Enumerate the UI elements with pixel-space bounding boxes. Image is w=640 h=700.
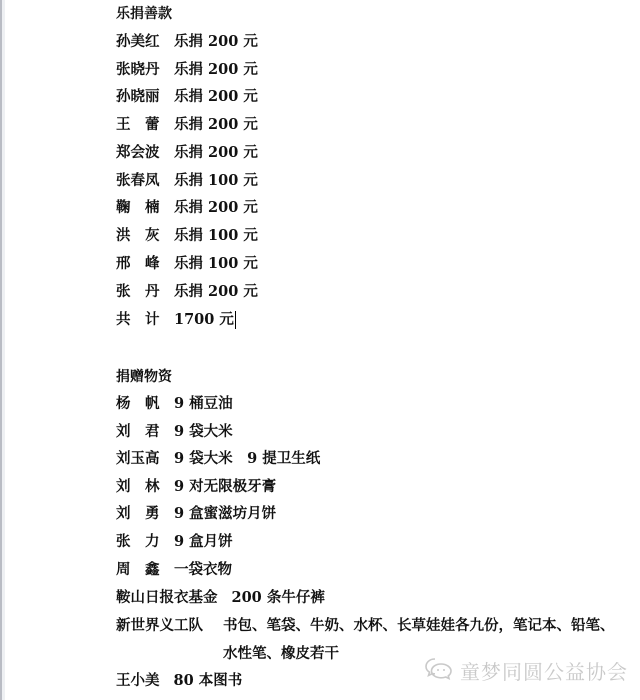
donated-items: 9 盒蜜滋坊月饼: [174, 504, 276, 524]
material-row: 刘玉高9 袋大米 9 提卫生纸: [116, 449, 320, 469]
watermark-text: 童梦同圆公益协会: [460, 656, 628, 685]
total-label: 共 计: [116, 310, 174, 330]
donation-row: 洪 灰乐捐 100 元: [116, 226, 258, 246]
material-row: 王小美80 本图书: [116, 671, 242, 691]
donor-name: 新世界义工队: [116, 616, 203, 636]
donated-items: 9 袋大米: [174, 422, 233, 442]
donor-name: 洪 灰: [116, 226, 174, 246]
donation-row: 鞠 楠乐捐 200 元: [116, 198, 258, 218]
donor-name: 张春凤: [116, 171, 174, 191]
donor-name: 鞠 楠: [116, 198, 174, 218]
material-row-continuation: 水性笔、橡皮若干: [116, 644, 339, 664]
donor-name: 邢 峰: [116, 254, 174, 274]
donation-amount: 乐捐 200 元: [174, 32, 258, 52]
donation-row: 邢 峰乐捐 100 元: [116, 254, 258, 274]
material-row: 杨 帆9 桶豆油: [116, 394, 233, 414]
materials-heading: 捐赠物资: [116, 367, 172, 387]
donation-amount: 乐捐 100 元: [174, 171, 258, 191]
donor-name: 刘 林: [116, 477, 174, 497]
donated-items: 书包、笔袋、牛奶、水杯、长草娃娃各九份，笔记本、铅笔、: [223, 616, 615, 636]
donated-items: 9 桶豆油: [174, 394, 233, 414]
donor-name: 张 丹: [116, 282, 174, 302]
donor-name: 张晓丹: [116, 60, 174, 80]
donation-amount: 乐捐 200 元: [174, 143, 258, 163]
donated-items: 9 袋大米 9 提卫生纸: [174, 449, 320, 469]
page-left-border-shadow: [2, 0, 5, 700]
wechat-icon: [424, 655, 454, 686]
donation-amount: 乐捐 100 元: [174, 226, 258, 246]
donation-row: 张春凤乐捐 100 元: [116, 171, 258, 191]
donation-amount: 乐捐 200 元: [174, 282, 258, 302]
donor-name: 郑会波: [116, 143, 174, 163]
donations-heading: 乐捐善款: [116, 4, 172, 24]
total-amount: 1700 元: [174, 310, 234, 330]
watermark: 童梦同圆公益协会: [424, 655, 628, 685]
donated-items: 200 条牛仔裤: [232, 588, 325, 608]
material-row: 刘 君9 袋大米: [116, 422, 233, 442]
material-row: 张 力9 盒月饼: [116, 532, 233, 552]
donated-items: 9 盒月饼: [174, 532, 233, 552]
donor-name: 刘玉高: [116, 449, 174, 469]
donor-name: 鞍山日报衣基金: [116, 588, 218, 608]
donor-name: 张 力: [116, 532, 174, 552]
material-row: 刘 林9 对无限极牙膏: [116, 477, 276, 497]
donor-name: 杨 帆: [116, 394, 174, 414]
donor-name: 王小美: [116, 671, 160, 691]
donated-items: 80 本图书: [174, 671, 243, 691]
donation-row: 张 丹乐捐 200 元: [116, 282, 258, 302]
donation-row: 张晓丹乐捐 200 元: [116, 60, 258, 80]
donor-name: 孙晓丽: [116, 87, 174, 107]
donor-name: 周 鑫: [116, 560, 174, 580]
donor-name: 王 蕾: [116, 115, 174, 135]
donor-name: 刘 君: [116, 422, 174, 442]
material-row: 刘 勇9 盒蜜滋坊月饼: [116, 504, 276, 524]
donation-row: 王 蕾乐捐 200 元: [116, 115, 258, 135]
material-row: 新世界义工队书包、笔袋、牛奶、水杯、长草娃娃各九份，笔记本、铅笔、: [116, 616, 615, 636]
donation-row: 孙晓丽乐捐 200 元: [116, 87, 258, 107]
donated-items: 9 对无限极牙膏: [174, 477, 276, 497]
donation-amount: 乐捐 200 元: [174, 198, 258, 218]
donated-items: 一袋衣物: [174, 560, 232, 580]
donation-amount: 乐捐 200 元: [174, 87, 258, 107]
donor-name: 刘 勇: [116, 504, 174, 524]
text-cursor: [235, 311, 236, 329]
donation-amount: 乐捐 200 元: [174, 60, 258, 80]
donation-total-row: 共 计1700 元: [116, 310, 236, 330]
donation-row: 孙美红乐捐 200 元: [116, 32, 258, 52]
donor-name: 孙美红: [116, 32, 174, 52]
donation-amount: 乐捐 100 元: [174, 254, 258, 274]
material-row: 周 鑫一袋衣物: [116, 560, 232, 580]
material-row: 鞍山日报衣基金200 条牛仔裤: [116, 588, 325, 608]
donation-row: 郑会波乐捐 200 元: [116, 143, 258, 163]
donation-amount: 乐捐 200 元: [174, 115, 258, 135]
